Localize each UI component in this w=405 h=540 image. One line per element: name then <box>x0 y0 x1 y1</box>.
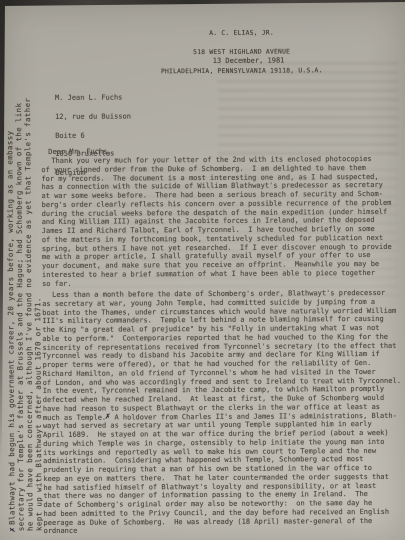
letter-date: 13 December, 1981 <box>213 56 285 64</box>
letterhead-name: A. C. ELIAS, JR. <box>209 30 274 37</box>
margin-note-text: Blathwayt had begun his government caree… <box>5 98 43 531</box>
recipient-name: M. Jean L. Fuchs <box>55 93 122 101</box>
body-paragraph-2-text-before-mark: Less than a month before the date of Sch… <box>42 289 401 422</box>
body-paragraph-1: Thank you very much for your letter of t… <box>41 155 404 288</box>
letterhead-address-line1: 518 WEST HIGHLAND AVENUE <box>193 48 290 56</box>
letterhead-address-line2: PHILADELPHIA, PENNSYLVANIA 19118, U.S.A. <box>161 67 323 75</box>
letterhead: A. C. ELIAS, JR. 518 WEST HIGHLAND AVENU… <box>77 28 405 77</box>
letter-content: A. C. ELIAS, JR. 518 WEST HIGHLAND AVENU… <box>0 0 405 540</box>
margin-note-pen-mark: ✗ <box>8 527 17 532</box>
body-paragraph-2-text-after-mark: A holdover from Charles II's and James I… <box>43 411 397 535</box>
body-paragraph-2: Less than a month before the date of Sch… <box>42 289 405 536</box>
recipient-box: Boite 6 <box>55 131 85 139</box>
pen-annotation-mark: ✗ <box>105 411 110 421</box>
margin-note-rotated: ✗Blathwayt had begun his government care… <box>6 59 45 531</box>
recipient-street: 12, rue du Buisson <box>55 112 131 120</box>
letter-photo: A. C. ELIAS, JR. 518 WEST HIGHLAND AVENU… <box>0 0 405 540</box>
salutation: Dear Mr. Fuchs, <box>48 148 111 156</box>
